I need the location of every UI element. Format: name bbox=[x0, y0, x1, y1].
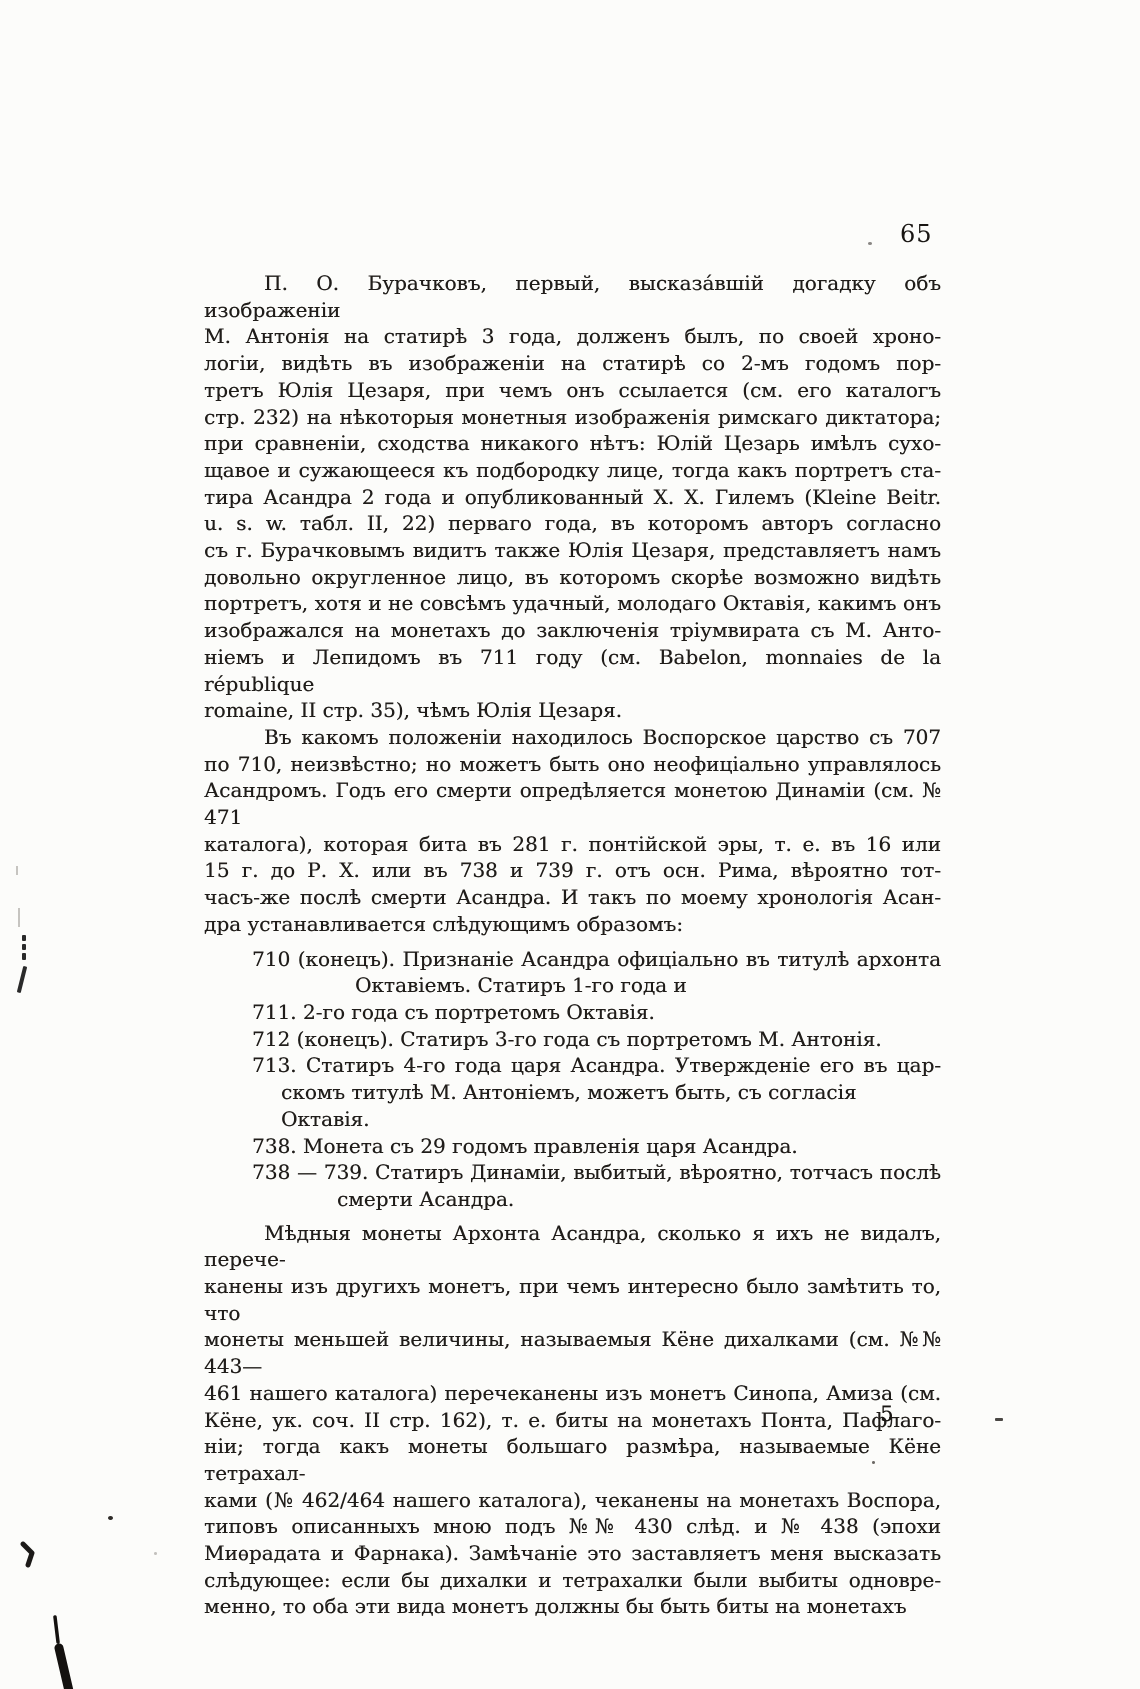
paragraph: Въ какомъ положеніи находилось Воспорско… bbox=[204, 724, 941, 938]
ink-speck-mark bbox=[154, 1552, 157, 1555]
paragraph: Мѣдныя монеты Архонта Асандра, сколько я… bbox=[204, 1220, 941, 1621]
text-line: монеты меньшей величины, называемыя Кёне… bbox=[204, 1326, 941, 1379]
text-body: П. О. Бурачковъ, первый, высказа́вшій до… bbox=[204, 270, 941, 1620]
pencil-dash-mark bbox=[22, 935, 26, 941]
text-line: М. Антонія на статирѣ 3 года, долженъ бы… bbox=[204, 323, 941, 350]
text-line: при сравненіи, сходства никакого нѣтъ: Ю… bbox=[204, 430, 941, 457]
text-line: тира Асандра 2 года и опубликованный Х. … bbox=[204, 484, 941, 511]
text-line: довольно округленное лицо, въ которомъ с… bbox=[204, 564, 941, 591]
text-line: каталога), которая бита въ 281 г. понтій… bbox=[204, 831, 941, 858]
pencil-check-mark bbox=[20, 1541, 38, 1569]
scan-page: 65 П. О. Бурачковъ, первый, высказа́вшій… bbox=[0, 0, 1140, 1689]
text-line: u. s. w. табл. II, 22) перваго года, въ … bbox=[204, 510, 941, 537]
text-line: слѣдующее: если бы дихалки и тетрахалки … bbox=[204, 1567, 941, 1594]
text-line: Асандромъ. Годъ его смерти опредѣляется … bbox=[204, 777, 941, 830]
ink-dot-mark bbox=[108, 1516, 113, 1520]
signature-dash-mark bbox=[995, 1418, 1003, 1421]
text-line: 461 нашего каталога) перечеканены изъ мо… bbox=[204, 1380, 941, 1407]
text-line: Кёне, ук. соч. II стр. 162), т. е. биты … bbox=[204, 1407, 941, 1434]
list-line: 711. 2-го года съ портретомъ Октавія. bbox=[252, 999, 941, 1026]
text-line: Въ какомъ положеніи находилось Воспорско… bbox=[204, 724, 941, 751]
text-line: изображался на монетахъ до заключенія тр… bbox=[204, 617, 941, 644]
text-line: П. О. Бурачковъ, первый, высказа́вшій до… bbox=[204, 270, 941, 323]
list-line: скомъ титулѣ М. Антоніемъ, можетъ быть, … bbox=[281, 1079, 941, 1132]
text-line: ніи; тогда какъ монеты большаго размѣра,… bbox=[204, 1433, 941, 1486]
text-line: типовъ описанныхъ мною подъ №№ 430 слѣд.… bbox=[204, 1513, 941, 1540]
text-line: дра устанавливается слѣдующимъ образомъ: bbox=[204, 911, 941, 938]
text-line: съ г. Бурачковымъ видитъ также Юлія Цеза… bbox=[204, 537, 941, 564]
text-line: менно, то оба эти вида монетъ должны бы … bbox=[204, 1593, 941, 1620]
list-line: смерти Асандра. bbox=[337, 1186, 941, 1213]
page-number: 65 bbox=[900, 220, 960, 248]
text-line: портретъ, хотя и не совсѣмъ удачный, мол… bbox=[204, 590, 941, 617]
list-line: 712 (конецъ). Статиръ 3-го года съ портр… bbox=[252, 1026, 941, 1053]
pencil-dash-mark bbox=[22, 944, 26, 950]
pencil-smudge-mark bbox=[16, 866, 18, 875]
list-line: 738 — 739. Статиръ Динаміи, выбитый, вѣр… bbox=[252, 1159, 941, 1186]
text-line: по 710, неизвѣстно; но можетъ быть оно н… bbox=[204, 751, 941, 778]
text-line: Миѳрадата и Фарнака). Замѣчаніе это заст… bbox=[204, 1540, 941, 1567]
list-line: 713. Статиръ 4-го года царя Асандра. Утв… bbox=[252, 1052, 941, 1079]
text-line: стр. 232) на нѣкоторыя монетныя изображе… bbox=[204, 404, 941, 431]
page-number-dot bbox=[868, 242, 872, 245]
text-line: логіи, видѣть въ изображеніи на статирѣ … bbox=[204, 350, 941, 377]
pencil-smudge-mark bbox=[18, 908, 20, 927]
text-line: канены изъ другихъ монетъ, при чемъ инте… bbox=[204, 1273, 941, 1326]
text-line: romaine, II стр. 35), чѣмъ Юлія Цезаря. bbox=[204, 697, 941, 724]
chronology-list: 710 (конецъ). Признаніе Асандра офиціаль… bbox=[204, 946, 941, 1213]
list-line: Октавіемъ. Статиръ 1-го года и bbox=[355, 972, 941, 999]
signature-number: 5 bbox=[880, 1402, 893, 1426]
paragraph: П. О. Бурачковъ, первый, высказа́вшій до… bbox=[204, 270, 941, 724]
text-line: ками (№ 462/464 нашего каталога), чекане… bbox=[204, 1487, 941, 1514]
list-line: 738. Монета съ 29 годомъ правленія царя … bbox=[252, 1133, 941, 1160]
text-line: часъ-же послѣ смерти Асандра. И такъ по … bbox=[204, 884, 941, 911]
text-line: ніемъ и Лепидомъ въ 711 году (см. Babelo… bbox=[204, 644, 941, 697]
list-line: 710 (конецъ). Признаніе Асандра офиціаль… bbox=[252, 946, 941, 973]
pen-stroke-mark bbox=[45, 1605, 85, 1689]
text-line: Мѣдныя монеты Архонта Асандра, сколько я… bbox=[204, 1220, 941, 1273]
text-line: щавое и сужающееся къ подбородку лице, т… bbox=[204, 457, 941, 484]
ink-dot-small bbox=[872, 1461, 875, 1464]
text-line: третъ Юлія Цезаря, при чемъ онъ ссылаетс… bbox=[204, 377, 941, 404]
pencil-dash-mark bbox=[22, 953, 26, 960]
pencil-slash-mark bbox=[17, 966, 27, 993]
text-line: 15 г. до Р. Х. или въ 738 и 739 г. отъ о… bbox=[204, 857, 941, 884]
